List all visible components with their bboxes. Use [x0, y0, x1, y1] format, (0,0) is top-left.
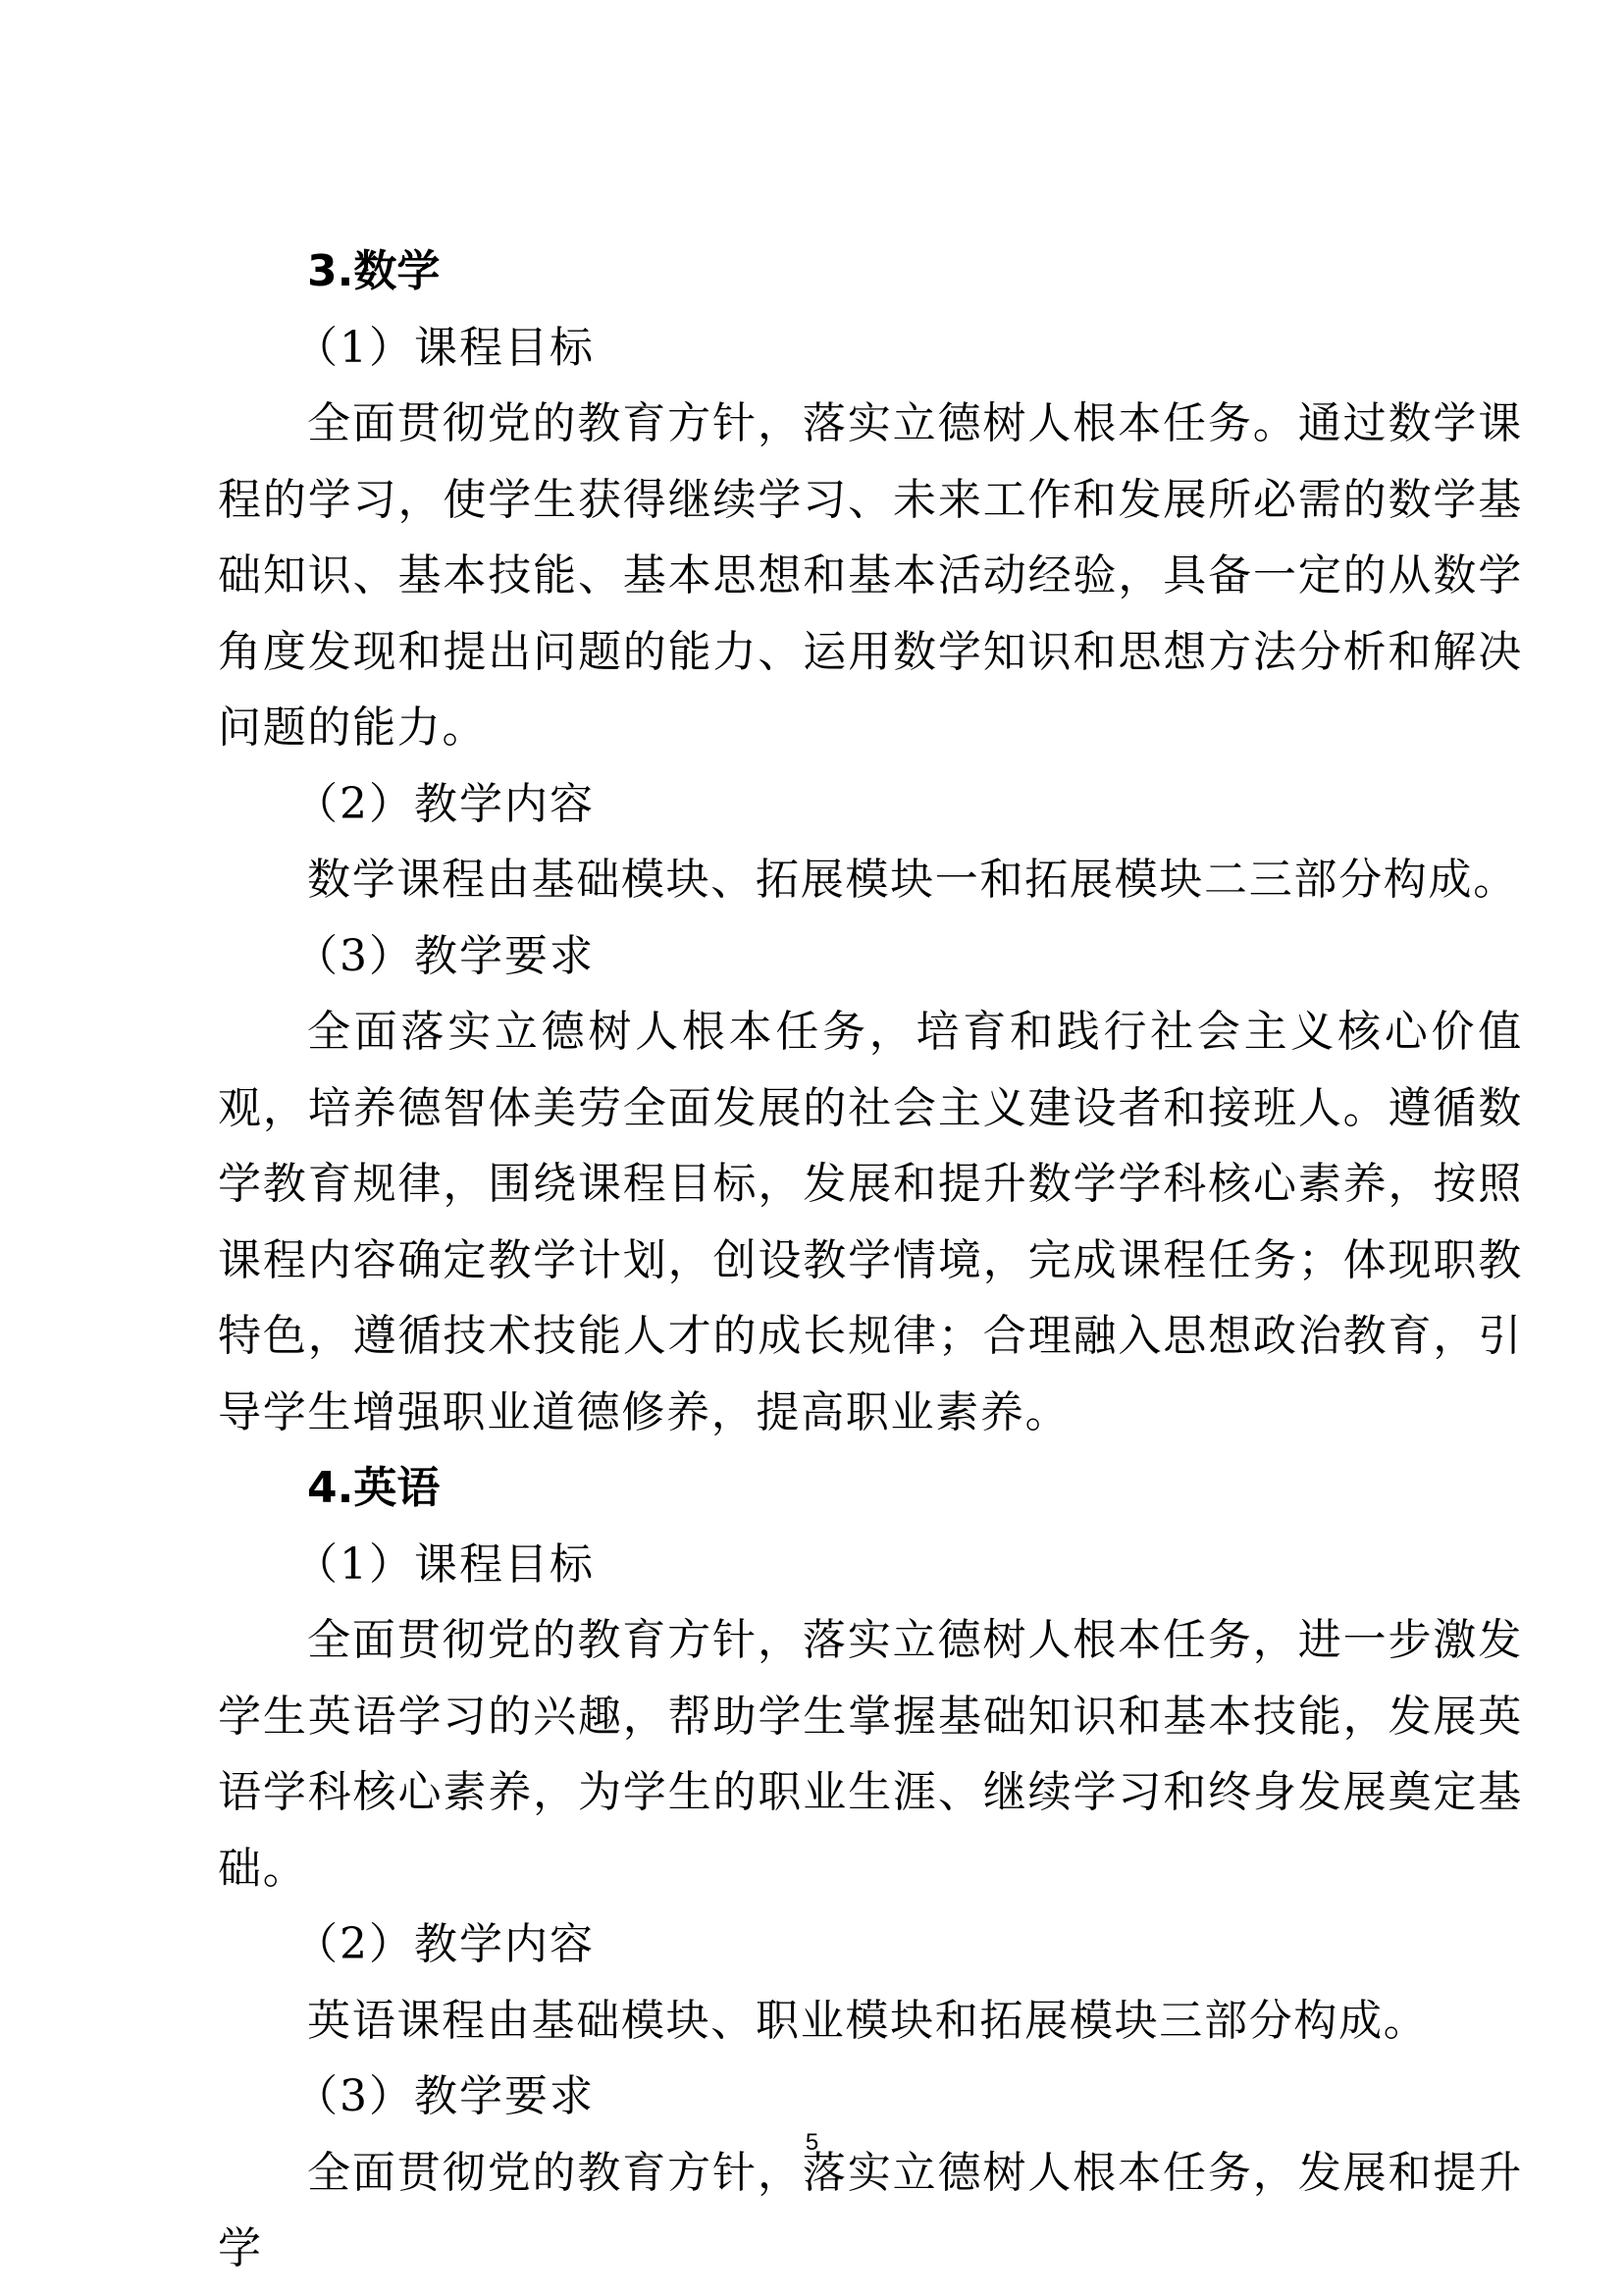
- paragraph: 全面落实立德树人根本任务，培育和践行社会主义核心价值观，培养德智体美劳全面发展的…: [218, 994, 1523, 1450]
- paragraph: 全面贯彻党的教育方针，落实立德树人根本任务，发展和提升学: [218, 2135, 1523, 2287]
- paragraph: 英语课程由基础模块、职业模块和拓展模块三部分构成。: [218, 1983, 1523, 2060]
- subsection-label: （2）教学内容: [218, 1906, 1523, 1983]
- subsection-label: （1）课程目标: [218, 1527, 1523, 1603]
- subsection-label: （2）教学内容: [218, 766, 1523, 843]
- section-heading: 4.英语: [218, 1450, 1523, 1527]
- section-english: 4.英语 （1）课程目标 全面贯彻党的教育方针，落实立德树人根本任务，进一步激发…: [218, 1450, 1523, 2287]
- section-math: 3.数学 （1）课程目标 全面贯彻党的教育方针，落实立德树人根本任务。通过数学课…: [218, 234, 1523, 1450]
- paragraph: 全面贯彻党的教育方针，落实立德树人根本任务，进一步激发学生英语学习的兴趣，帮助学…: [218, 1602, 1523, 1906]
- subsection-label: （1）课程目标: [218, 310, 1523, 387]
- document-page: 3.数学 （1）课程目标 全面贯彻党的教育方针，落实立德树人根本任务。通过数学课…: [218, 234, 1523, 2287]
- subsection-label: （3）教学要求: [218, 2059, 1523, 2135]
- paragraph: 全面贯彻党的教育方针，落实立德树人根本任务。通过数学课程的学习，使学生获得继续学…: [218, 386, 1523, 766]
- subsection-label: （3）教学要求: [218, 918, 1523, 995]
- section-heading: 3.数学: [218, 234, 1523, 310]
- page-number: 5: [0, 2129, 1624, 2157]
- paragraph: 数学课程由基础模块、拓展模块一和拓展模块二三部分构成。: [218, 842, 1523, 918]
